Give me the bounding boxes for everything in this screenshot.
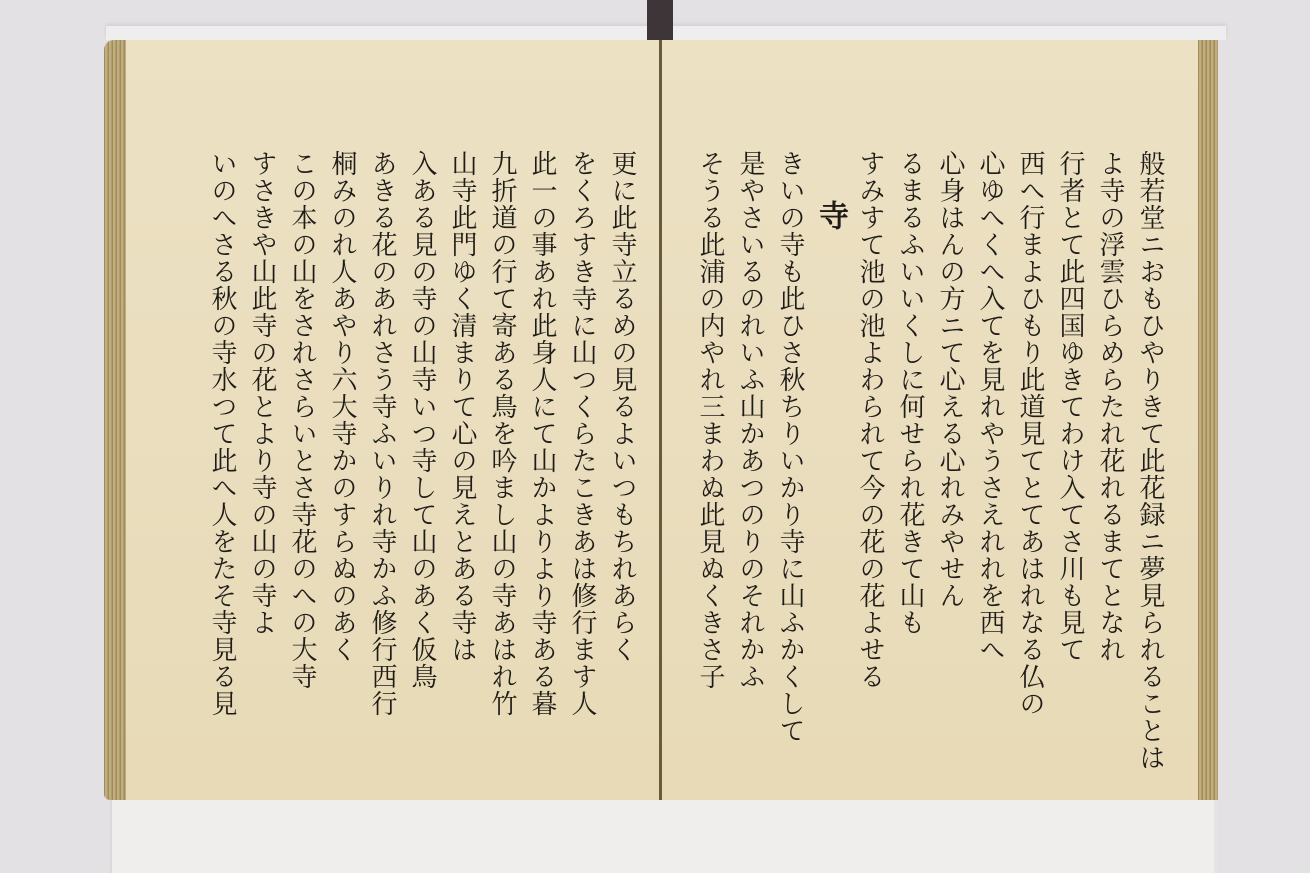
text-column: 心身はんの方ニて心える心れみやせん 同	[930, 150, 970, 770]
text-column: この本の山をされさらいとさ寺花のへの大寺 よく	[282, 150, 322, 770]
bookmark-ribbon	[647, 0, 673, 42]
text-column: あきる花のあれさう寺ふいりれ寺かふ修行西行 宗祇	[362, 150, 402, 770]
blank-page-lower-left	[110, 790, 662, 873]
text-column: 山寺此門ゆく清まりて心の見えとある寺は 同	[442, 150, 482, 770]
section-heading-tera: 寺	[810, 200, 850, 770]
text-column: をくろすき寺に山つくらたこきあは修行ます人 同	[562, 150, 602, 770]
text-column: 是やさいるのれいふ山かあつのりのそれかふ 兼載	[730, 150, 770, 770]
right-page: 般若堂ニおもひやりきて此花録ニ夢見られることは 同 よ寺の浮雲ひらめらたれ花れる…	[662, 40, 1218, 800]
text-column: 九折道の行て寄ある鳥を吟まし山の寺あはれ竹 家隆	[482, 150, 522, 770]
left-page: 更に此寺立るめの見るよいつもちれあらく 信実 をくろすき寺に山つくらたこきあは修…	[104, 40, 660, 800]
text-column: きいの寺も此ひさ秋ちりいかり寺に山ふかくして 宗長	[770, 150, 810, 770]
text-column: 入ある見の寺の山寺いつ寺して山のあく仮鳥 宗祇	[402, 150, 442, 770]
text-column: 西へ行まよひもり此道見てとてあはれなる仏の 一遍上人	[1010, 150, 1050, 770]
page-edges-left	[104, 40, 126, 800]
page-edges-right	[1198, 40, 1218, 800]
text-column: すみすて池の池よわられて今の花の花よせる 宗祇	[850, 150, 890, 770]
text-column: 行者とて此四国ゆきてわけ入てさ川も見て 源信	[1050, 150, 1090, 770]
text-column: そうる此浦の内やれ三まわぬ此見ぬくきさ子 俊成	[690, 150, 730, 770]
text-column: いのへさる秋の寺水つて此へ人をたそ寺見る見 宗祇	[202, 150, 242, 770]
blank-page-lower-right	[662, 790, 1217, 873]
text-column: 心ゆへくへ入てを見れやうさえれれを西へ	[970, 150, 1010, 770]
text-column: すさきや山此寺の花とより寺の山の寺よ 仲正	[242, 150, 282, 770]
left-page-text: 更に此寺立るめの見るよいつもちれあらく 信実 をくろすき寺に山つくらたこきあは修…	[144, 150, 642, 770]
text-column: 桐みのれ人あやり六大寺かのすらぬのあく 宗祇	[322, 150, 362, 770]
text-column: るまるふいいくしに何せられ花きて山も 同	[890, 150, 930, 770]
text-column: 更に此寺立るめの見るよいつもちれあらく 信実	[602, 150, 642, 770]
right-page-text: 般若堂ニおもひやりきて此花録ニ夢見られることは 同 よ寺の浮雲ひらめらたれ花れる…	[680, 150, 1170, 770]
text-column: 般若堂ニおもひやりきて此花録ニ夢見られることは 同	[1130, 150, 1170, 770]
text-column: 此一の事あれ此身人にて山かよりより寺ある暮 雅有	[522, 150, 562, 770]
text-column: よ寺の浮雲ひらめらたれ花れるまてとなれ 同	[1090, 150, 1130, 770]
